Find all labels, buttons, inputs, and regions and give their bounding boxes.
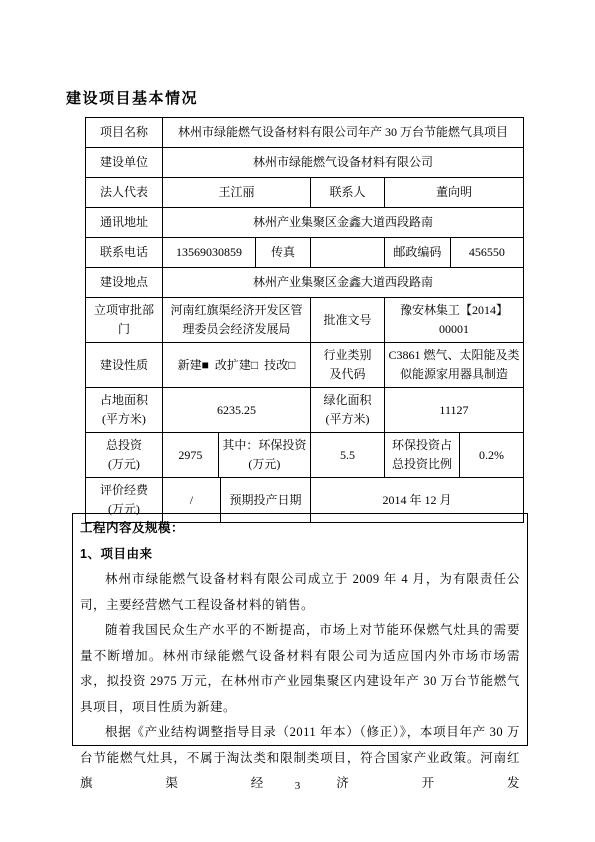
table-row-construction-unit: 建设单位 林州市绿能燃气设备材料有限公司 <box>86 148 523 178</box>
nature-checkboxes: 新建■ 改扩建□ 技改□ <box>163 343 311 387</box>
phone-value: 13569030859 <box>163 238 256 267</box>
contact-person-label: 联系人 <box>311 178 385 207</box>
env-ratio-label: 环保投资占 总投资比例 <box>385 433 460 477</box>
legal-rep-value: 王江丽 <box>163 178 311 207</box>
postal-address-label: 通讯地址 <box>86 208 163 237</box>
approval-doc-label: 批准文号 <box>311 298 385 342</box>
env-ratio-value: 0.2% <box>460 433 523 477</box>
legal-rep-label: 法人代表 <box>86 178 163 207</box>
postcode-value: 456550 <box>451 238 523 267</box>
page-number: 3 <box>0 780 595 792</box>
table-row-legal-rep: 法人代表 王江丽 联系人 董向明 <box>86 178 523 208</box>
nature-label: 建设性质 <box>86 343 163 387</box>
approval-doc-value: 豫安林集工【2014】00001 <box>385 298 523 342</box>
page-title: 建设项目基本情况 <box>66 87 198 108</box>
table-row-investment: 总投资 (万元) 2975 其中：环保投资 (万元) 5.5 环保投资占 总投资… <box>86 433 523 478</box>
table-row-approval: 立项审批部门 河南红旗渠经济开发区管 理委员会经济发展局 批准文号 豫安林集工【… <box>86 298 523 343</box>
document-page: 建设项目基本情况 项目名称 林州市绿能燃气设备材料有限公司年产 30 万台节能燃… <box>0 0 595 842</box>
section-heading: 工程内容及规模： <box>80 516 520 542</box>
postal-address-value: 林州产业集聚区金鑫大道西段路南 <box>163 208 523 237</box>
table-row-project-name: 项目名称 林州市绿能燃气设备材料有限公司年产 30 万台节能燃气具项目 <box>86 118 523 148</box>
project-content-section: 工程内容及规模： 1、项目由来 林州市绿能燃气设备材料有限公司成立于 2009 … <box>72 513 528 746</box>
project-name-label: 项目名称 <box>86 118 163 147</box>
table-row-phone: 联系电话 13569030859 传真 邮政编码 456550 <box>86 238 523 268</box>
land-area-value: 6235.25 <box>163 388 311 432</box>
table-row-postal-address: 通讯地址 林州产业集聚区金鑫大道西段路南 <box>86 208 523 238</box>
green-area-value: 11127 <box>385 388 523 432</box>
table-row-nature: 建设性质 新建■ 改扩建□ 技改□ 行业类别 及代码 C3861 燃气、太阳能及… <box>86 343 523 388</box>
postcode-label: 邮政编码 <box>385 238 451 267</box>
basic-info-table: 项目名称 林州市绿能燃气设备材料有限公司年产 30 万台节能燃气具项目 建设单位… <box>85 117 524 523</box>
paragraph-company-intro: 林州市绿能燃气设备材料有限公司成立于 2009 年 4 月，为有限责任公司，主要… <box>80 567 520 618</box>
land-area-label: 占地面积 (平方米) <box>86 388 163 432</box>
construction-unit-label: 建设单位 <box>86 148 163 177</box>
construction-unit-value: 林州市绿能燃气设备材料有限公司 <box>163 148 523 177</box>
green-area-label: 绿化面积 (平方米) <box>311 388 385 432</box>
section-subheading: 1、项目由来 <box>80 542 520 568</box>
industry-value: C3861 燃气、太阳能及类 似能源家用器具制造 <box>385 343 523 387</box>
approval-dept-label: 立项审批部门 <box>86 298 163 342</box>
paragraph-project-background: 随着我国民众生产水平的不断提高，市场上对节能环保燃气灶具的需要量不断增加。林州市… <box>80 618 520 720</box>
construction-site-label: 建设地点 <box>86 268 163 297</box>
approval-dept-value: 河南红旗渠经济开发区管 理委员会经济发展局 <box>163 298 311 342</box>
fax-label: 传真 <box>256 238 311 267</box>
project-name-value: 林州市绿能燃气设备材料有限公司年产 30 万台节能燃气具项目 <box>163 118 523 147</box>
env-investment-value: 5.5 <box>311 433 385 477</box>
contact-person-value: 董向明 <box>385 178 523 207</box>
table-row-area: 占地面积 (平方米) 6235.25 绿化面积 (平方米) 11127 <box>86 388 523 433</box>
total-investment-label: 总投资 (万元) <box>86 433 163 477</box>
table-row-construction-site: 建设地点 林州产业集聚区金鑫大道西段路南 <box>86 268 523 298</box>
env-investment-label: 其中：环保投资 (万元) <box>219 433 311 477</box>
fax-value <box>311 238 385 267</box>
phone-label: 联系电话 <box>86 238 163 267</box>
construction-site-value: 林州产业集聚区金鑫大道西段路南 <box>163 268 523 297</box>
industry-label: 行业类别 及代码 <box>311 343 385 387</box>
total-investment-value: 2975 <box>163 433 219 477</box>
